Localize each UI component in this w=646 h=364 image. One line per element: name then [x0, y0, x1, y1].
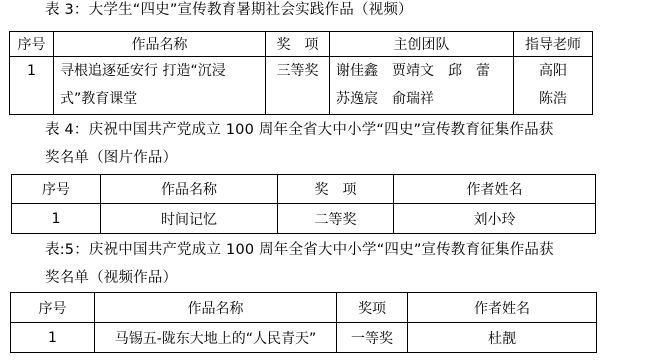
table5-header-row: 序号 作品名称 奖项 作者姓名: [11, 293, 597, 323]
table4-caption-line-1: 表 4：庆祝中国共产党成立 100 周年全省大中小学“四史”宣传教育征集作品获: [45, 120, 554, 140]
header-author: 作者姓名: [394, 175, 596, 204]
header-index: 序号: [10, 32, 54, 57]
award-value: 三等奖: [266, 57, 329, 85]
cell-award: 一等奖: [337, 323, 408, 353]
cell-author: 杜靓: [408, 323, 597, 353]
header-title: 作品名称: [54, 32, 266, 57]
header-team: 主创团队: [330, 32, 514, 57]
advisor-line-2: 陈浩: [514, 85, 592, 113]
index-value: 1: [10, 57, 53, 85]
table3-header-row: 序号 作品名称 奖 项 主创团队 指导老师: [10, 32, 593, 57]
title-line-2: 式”教育课堂: [60, 85, 265, 113]
header-award: 奖 项: [266, 32, 330, 57]
table4: 序号 作品名称 奖 项 作者姓名 1 时间记忆 二等奖 刘小玲: [11, 174, 596, 234]
cell-author: 刘小玲: [394, 204, 596, 234]
table4-header-row: 序号 作品名称 奖 项 作者姓名: [12, 175, 596, 204]
team-line-2: 苏逸宸 俞瑞祥: [336, 85, 513, 113]
table4-caption-line-2: 奖名单（图片作品）: [45, 148, 177, 168]
advisor-line-1: 高阳: [514, 57, 592, 85]
header-title: 作品名称: [95, 293, 337, 323]
cell-title: 时间记忆: [101, 204, 278, 234]
table-row: 1 时间记忆 二等奖 刘小玲: [12, 204, 596, 234]
cell-index: 1: [12, 204, 101, 234]
cell-index: 1: [10, 57, 54, 115]
table-row: 1 寻根追逐延安行 打造“沉浸 式”教育课堂 三等奖 谢佳鑫 贾靖文 邱 蕾 苏…: [10, 57, 593, 115]
table3: 序号 作品名称 奖 项 主创团队 指导老师 1 寻根追逐延安行 打造“沉浸 式”…: [9, 31, 593, 115]
header-index: 序号: [12, 175, 101, 204]
table5-caption-line-1: 表:5：庆祝中国共产党成立 100 周年全省大中小学“四史”宣传教育征集作品获: [45, 240, 554, 260]
cell-advisor: 高阳 陈浩: [514, 57, 593, 115]
cell-index: 1: [11, 323, 95, 353]
header-index: 序号: [11, 293, 95, 323]
cell-award: 二等奖: [278, 204, 394, 234]
cell-title: 马锡五-陇东大地上的“人民青天”: [95, 323, 337, 353]
header-advisor: 指导老师: [514, 32, 593, 57]
cell-title: 寻根追逐延安行 打造“沉浸 式”教育课堂: [54, 57, 266, 115]
cell-award: 三等奖: [266, 57, 330, 115]
header-award: 奖 项: [278, 175, 394, 204]
team-line-1: 谢佳鑫 贾靖文 邱 蕾: [336, 57, 513, 85]
table-row: 1 马锡五-陇东大地上的“人民青天” 一等奖 杜靓: [11, 323, 597, 353]
header-author: 作者姓名: [408, 293, 597, 323]
table3-caption: 表 3：大学生“四史”宣传教育暑期社会实践作品（视频）: [45, 0, 413, 20]
header-title: 作品名称: [101, 175, 278, 204]
table5-caption-line-2: 奖名单（视频作品）: [45, 268, 177, 288]
title-line-1: 寻根追逐延安行 打造“沉浸: [60, 57, 265, 85]
cell-team: 谢佳鑫 贾靖文 邱 蕾 苏逸宸 俞瑞祥: [330, 57, 514, 115]
header-award: 奖项: [337, 293, 408, 323]
table5: 序号 作品名称 奖项 作者姓名 1 马锡五-陇东大地上的“人民青天” 一等奖 杜…: [10, 292, 597, 353]
